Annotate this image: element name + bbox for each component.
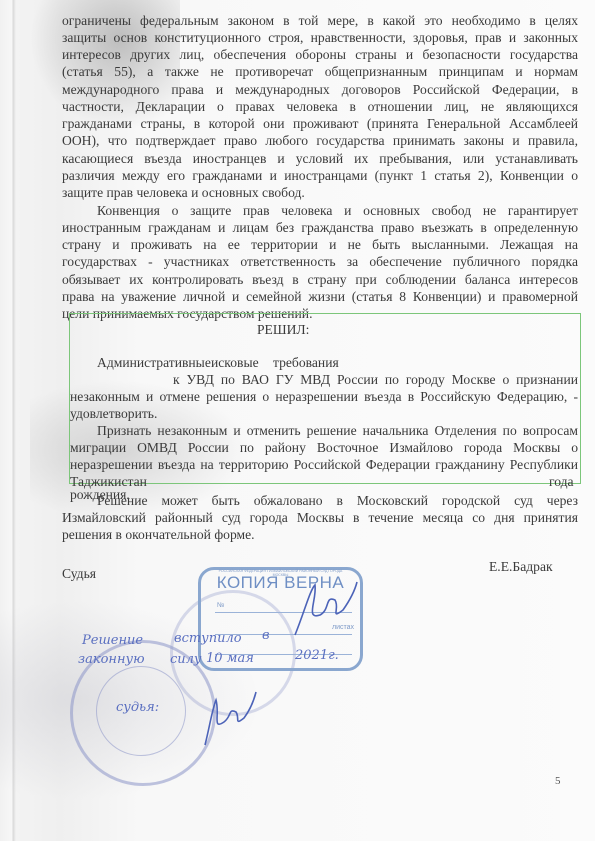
text-line: удовлетворить. [70, 405, 157, 422]
text-line: защиты основ конституционного строя, нра… [62, 29, 578, 46]
text-line: неразрешении въезда на территорию Россий… [70, 456, 578, 473]
page-number: 5 [555, 775, 561, 787]
text-line: обязывает их контролировать въезд в стра… [62, 271, 578, 288]
text-line: (статья 55), а также не противоречат общ… [62, 63, 578, 80]
text-line: права на уважение личной и семейной жизн… [62, 288, 578, 305]
handwritten-text: 10 мая [206, 651, 254, 666]
judge-role-label: Судья [62, 565, 96, 582]
handwritten-text: в [262, 628, 270, 643]
text-line: Административные [97, 354, 211, 371]
text-line: частности, Декларации о правах человека … [62, 98, 578, 115]
document-page: ограничены федеральным законом в той мер… [0, 0, 595, 841]
text-line: различия между его гражданами и иностран… [62, 167, 578, 184]
signature-scribble [285, 580, 365, 640]
text-line: касающиеся въезда иностранцев и условий … [62, 150, 578, 167]
handwritten-text: силу [170, 652, 201, 667]
text-line: защите прав человека и основных свобод. [62, 184, 305, 201]
handwritten-text: законную [78, 652, 145, 667]
text-line: года [549, 473, 574, 490]
text-line: государствах - участниках ответственност… [62, 253, 578, 270]
text-line: международного права и международных дог… [62, 81, 578, 98]
handwritten-text: Решение [82, 633, 143, 648]
text-line: к УВД по ВАО ГУ МВД России по городу Мос… [173, 371, 578, 388]
text-line: ограничены федеральным законом в той мер… [62, 12, 578, 29]
handwritten-text: вступило [174, 631, 242, 646]
text-line: исковые [211, 354, 259, 371]
stamp-number-label: № [217, 602, 225, 609]
text-line: Конвенция о защите прав человека и основ… [97, 202, 578, 219]
text-line: страну и проживать на ее территории и не… [62, 236, 578, 253]
text-line: незаконным и отмене решения о неразрешен… [70, 388, 578, 405]
text-line: гражданами страны, в которой они прожива… [62, 115, 578, 132]
text-line: миграции ОМВД России по району Восточное… [70, 439, 578, 456]
text-line: требования [273, 354, 339, 371]
resolution-heading: РЕШИЛ: [257, 321, 309, 338]
text-line: Признать незаконным и отменить решение н… [97, 422, 578, 439]
judge-name: Е.Е.Бадрак [489, 558, 553, 575]
text-line: решения в окончательной форме. [62, 526, 255, 543]
handwritten-text: 2021г. [295, 648, 339, 663]
text-line: интересов других лиц, обеспечения оборон… [62, 46, 578, 63]
text-line: ООН), что подтверждает право любого госу… [62, 132, 578, 149]
text-line: иностранным гражданам и лицам без гражда… [62, 219, 578, 236]
text-line: Измайловский районный суд города Москвы … [62, 509, 578, 526]
signature-scribble [200, 690, 260, 750]
handwritten-text: судья: [116, 700, 159, 715]
text-line: Решение может быть обжаловано в Московск… [97, 492, 578, 509]
